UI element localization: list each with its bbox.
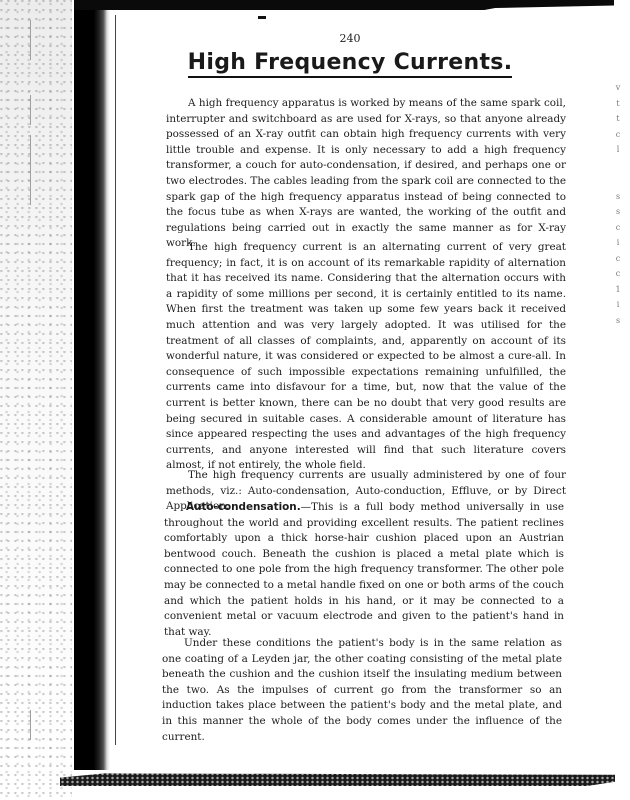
edge-mark <box>30 20 31 60</box>
bleed-char: s <box>612 189 624 205</box>
bleed-char: s <box>612 313 624 329</box>
bleed-char <box>612 158 624 174</box>
bleed-char: c <box>612 266 624 282</box>
page-title-text: High Frequency Currents. <box>188 50 513 78</box>
bleed-char: t <box>612 96 624 112</box>
bleed-char: v <box>612 80 624 96</box>
edge-mark <box>30 710 31 740</box>
paragraph-text: The high frequency current is an alterna… <box>166 240 566 474</box>
paragraph-text: Auto-condensation.—This is a full body m… <box>164 500 564 640</box>
margin-bleed-through: vttcl sscicc1is <box>612 80 624 328</box>
gutter-rule <box>115 15 116 745</box>
paragraph-intro: A high frequency apparatus is worked by … <box>166 96 566 252</box>
bleed-char: c <box>612 127 624 143</box>
bleed-char: l <box>612 142 624 158</box>
bleed-char: i <box>612 297 624 313</box>
bleed-char: c <box>612 220 624 236</box>
bottom-scan-shadow <box>60 772 615 786</box>
binding-gutter-shadow <box>74 0 110 770</box>
bleed-char: c <box>612 251 624 267</box>
paragraph-alternating-current: The high frequency current is an alterna… <box>166 240 566 474</box>
page-title: High Frequency Currents. <box>140 50 560 75</box>
section-heading-auto-condensation: Auto-condensation. <box>186 501 301 513</box>
bleed-char: 1 <box>612 282 624 298</box>
page-number: 240 <box>140 32 560 45</box>
paragraph-text: A high frequency apparatus is worked by … <box>166 96 566 252</box>
top-scan-shadow <box>74 0 614 10</box>
paragraph-leyden-jar: Under these conditions the patient's bod… <box>162 636 562 745</box>
bleed-char: s <box>612 204 624 220</box>
paragraph-auto-condensation: Auto-condensation.—This is a full body m… <box>164 500 564 640</box>
ink-smudge <box>258 16 266 19</box>
bleed-char <box>612 173 624 189</box>
facing-page-edge <box>0 0 72 800</box>
bleed-char: i <box>612 235 624 251</box>
bleed-char: t <box>612 111 624 127</box>
edge-mark <box>30 95 31 125</box>
edge-mark <box>30 175 31 205</box>
paragraph-body: —This is a full body method universally … <box>164 501 564 638</box>
paragraph-text: Under these conditions the patient's bod… <box>162 636 562 745</box>
